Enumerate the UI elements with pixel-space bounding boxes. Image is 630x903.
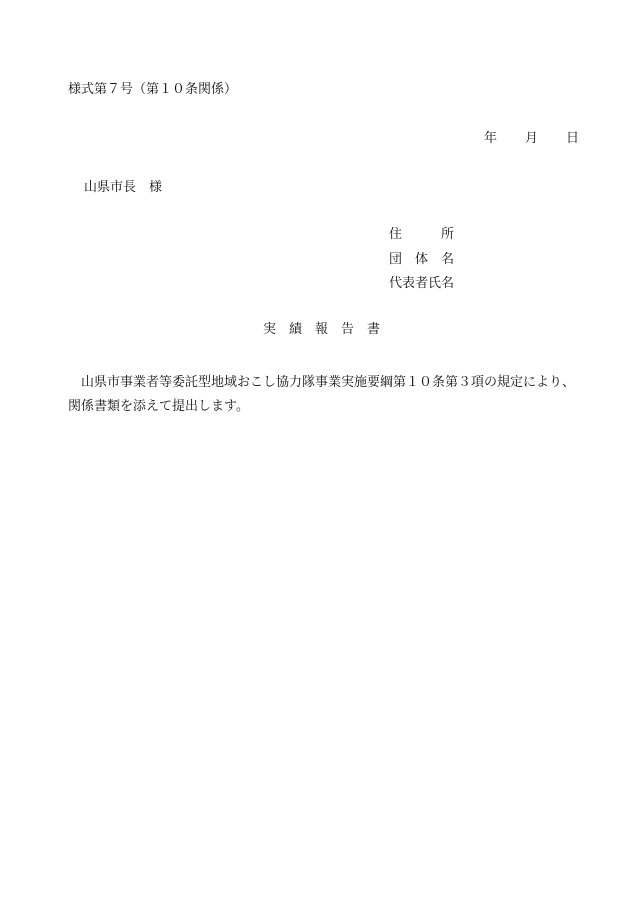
body-paragraph: 山県市事業者等委託型地域おこし協力隊事業実施要綱第１０条第３項の規定により、関係… [68,371,583,419]
day-label: 日 [566,131,579,147]
addressee: 山県市長 様 [84,180,162,196]
month-label: 月 [525,131,538,147]
form-number: 様式第７号（第１０条関係） [68,82,237,98]
date-line: 年月日 [484,131,579,147]
applicant-block: 住 所 団 体 名 代表者氏名 [389,227,454,301]
organization-label: 団 体 名 [389,252,454,277]
document-title: 実 績 報 告 書 [263,322,380,338]
address-label: 住 所 [389,227,454,252]
year-label: 年 [484,131,497,147]
representative-label: 代表者氏名 [389,276,454,301]
